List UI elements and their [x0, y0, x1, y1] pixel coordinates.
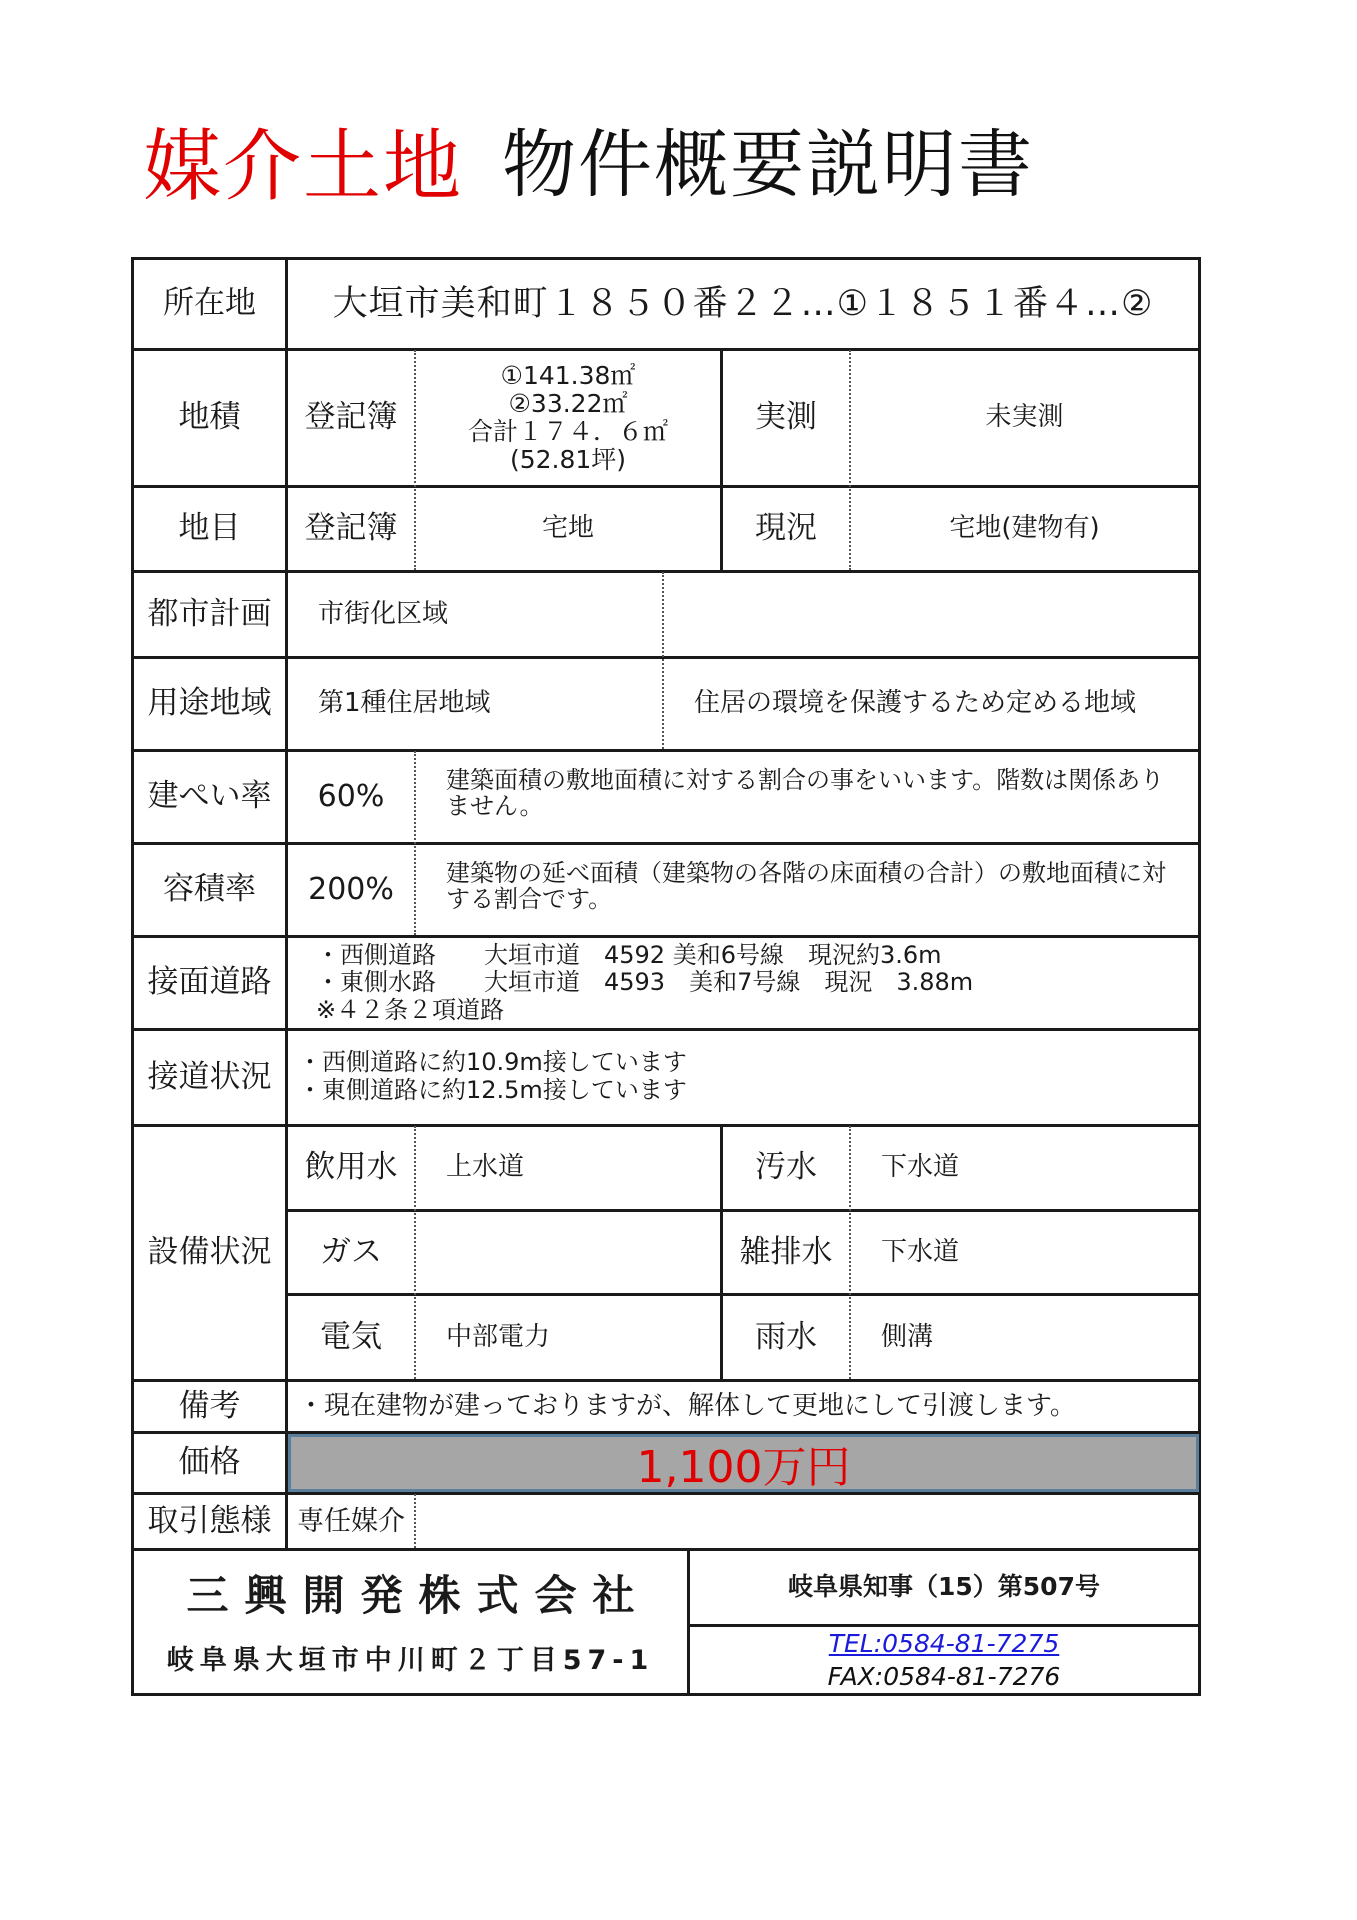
- company-name: 三興開発株式会社: [134, 1556, 687, 1636]
- land-registry-value: 宅地: [416, 488, 720, 570]
- facility-water-value: 上水道: [416, 1127, 720, 1209]
- transaction-value: 専任媒介: [288, 1495, 414, 1548]
- floor-ratio-value: 200%: [288, 845, 414, 935]
- company-address: 岐阜県大垣市中川町２丁目57-1: [134, 1636, 687, 1686]
- remarks-label: 備考: [134, 1382, 285, 1431]
- facility-electric-label: 電気: [288, 1296, 414, 1379]
- facility-graywater-value: 下水道: [851, 1212, 1198, 1293]
- floor-ratio-label: 容積率: [134, 845, 285, 935]
- road-contact-west: ・西側道路に約10.9m接しています: [298, 1049, 687, 1077]
- facility-sewage-value: 下水道: [851, 1127, 1198, 1209]
- remarks-value: ・現在建物が建っておりますが、解体して更地にして引渡します。: [298, 1382, 1198, 1431]
- facility-gas-value: [416, 1212, 720, 1293]
- land-category-label: 地目: [134, 488, 285, 570]
- area-survey-value: 未実測: [851, 351, 1198, 485]
- facility-rainwater-label: 雨水: [723, 1296, 849, 1379]
- area-line-total: 合計１７４．６㎡: [468, 418, 668, 446]
- coverage-value: 60%: [288, 752, 414, 842]
- road-contact-details: ・西側道路に約10.9m接しています ・東側道路に約12.5m接しています: [298, 1031, 1178, 1124]
- facility-graywater-label: 雑排水: [723, 1212, 849, 1293]
- land-current-label: 現況: [723, 488, 849, 570]
- facility-electric-value: 中部電力: [416, 1296, 720, 1379]
- price-label: 価格: [134, 1434, 285, 1492]
- city-planning-value: 市街化区域: [288, 573, 662, 656]
- location-label: 所在地: [134, 260, 285, 348]
- frontage-road-label: 接面道路: [134, 938, 285, 1028]
- location-value: 大垣市美和町１８５０番２２…①１８５１番４…②: [288, 260, 1198, 348]
- area-registry-values: ①141.38㎡ ②33.22㎡ 合計１７４．６㎡ (52.81坪): [416, 351, 720, 485]
- frontage-road-details: ・西側道路 大垣市道 4592 美和6号線 現況約3.6m ・東側水路 大垣市道…: [316, 938, 1196, 1028]
- page-title: 物件概要説明書: [502, 128, 1034, 202]
- frontage-road-east: ・東側水路 大垣市道 4593 美和7号線 現況 3.88m: [316, 969, 973, 997]
- area-line-tsubo: (52.81坪): [510, 446, 626, 474]
- facilities-label: 設備状況: [134, 1127, 285, 1379]
- transaction-label: 取引態様: [134, 1495, 285, 1548]
- tel-link[interactable]: TEL:0584-81-7275: [829, 1630, 1060, 1659]
- city-planning-label: 都市計画: [134, 573, 285, 656]
- coverage-description: 建築面積の敷地面積に対する割合の事をいいます。階数は関係ありません。: [416, 752, 1198, 842]
- price-value: 1,100万円: [637, 1431, 851, 1495]
- land-current-value: 宅地(建物有): [851, 488, 1198, 570]
- area-line-1: ①141.38㎡: [501, 362, 636, 390]
- fax-number: FAX:0584-81-7276: [690, 1661, 1198, 1693]
- zoning-note: 住居の環境を保護するため定める地域: [664, 659, 1198, 749]
- price-field: 1,100万円: [288, 1434, 1199, 1492]
- area-line-2: ②33.22㎡: [509, 390, 628, 418]
- tel-row: TEL:0584-81-7275: [690, 1627, 1198, 1661]
- category-title: 媒介土地: [143, 128, 463, 206]
- divider: [414, 1494, 416, 1548]
- road-contact-east: ・東側道路に約12.5m接しています: [298, 1077, 687, 1105]
- license-number: 岐阜県知事（15）第507号: [690, 1551, 1198, 1624]
- city-planning-note: [664, 573, 1198, 656]
- facility-water-label: 飲用水: [288, 1127, 414, 1209]
- land-registry-label: 登記簿: [288, 488, 414, 570]
- area-survey-label: 実測: [723, 351, 849, 485]
- zoning-value: 第1種住居地域: [288, 659, 662, 749]
- facility-sewage-label: 汚水: [723, 1127, 849, 1209]
- area-label: 地積: [134, 351, 285, 485]
- facility-gas-label: ガス: [288, 1212, 414, 1293]
- road-contact-label: 接道状況: [134, 1031, 285, 1124]
- facility-rainwater-value: 側溝: [851, 1296, 1198, 1379]
- floor-ratio-description: 建築物の延べ面積（建築物の各階の床面積の合計）の敷地面積に対する割合です。: [416, 845, 1198, 935]
- frontage-road-note: ※４２条２項道路: [316, 997, 504, 1025]
- frontage-road-west: ・西側道路 大垣市道 4592 美和6号線 現況約3.6m: [316, 942, 942, 970]
- coverage-label: 建ぺい率: [134, 752, 285, 842]
- zoning-label: 用途地域: [134, 659, 285, 749]
- area-registry-label: 登記簿: [288, 351, 414, 485]
